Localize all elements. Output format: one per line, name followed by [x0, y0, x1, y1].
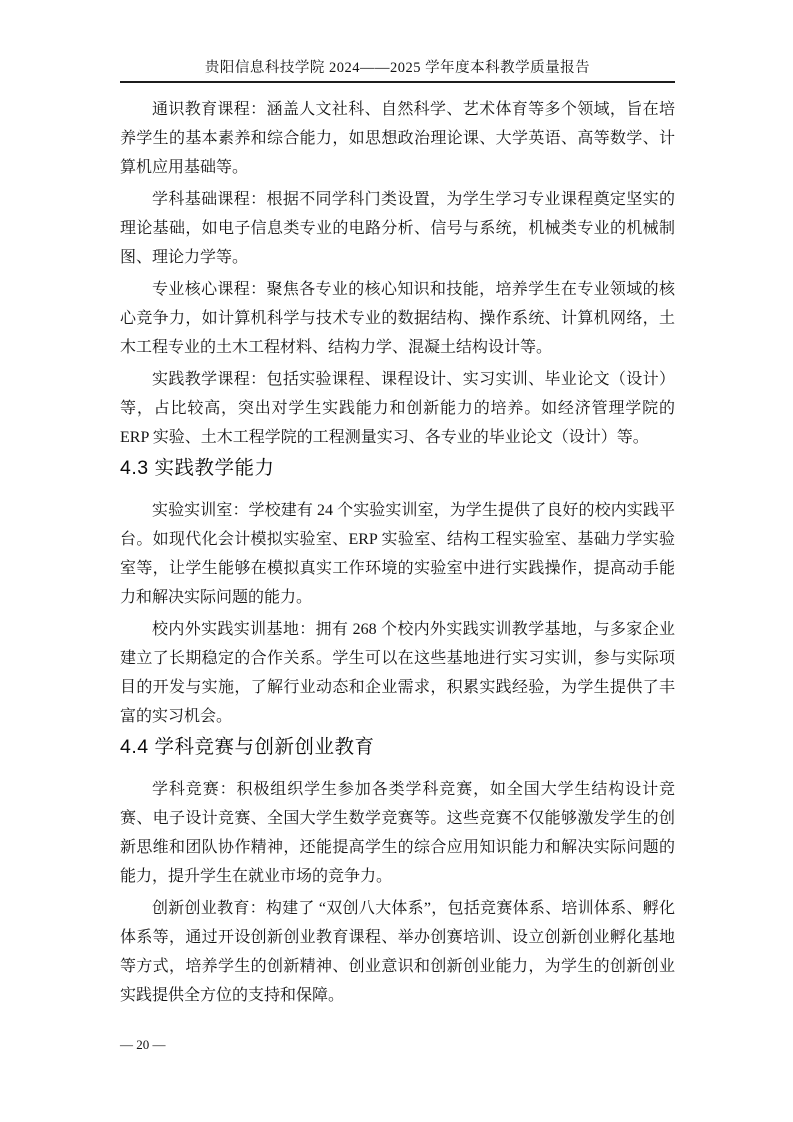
section-heading-4-4: 4.4 学科竞赛与创新创业教育 [120, 734, 675, 760]
paragraph-practice-training-bases: 校内外实践实训基地：拥有 268 个校内外实践实训教学基地，与多家企业建立了长期… [120, 615, 675, 731]
page-header-title: 贵阳信息科技学院 2024——2025 学年度本科教学质量报告 [120, 58, 675, 78]
paragraph-practical-teaching-courses: 实践教学课程：包括实验课程、课程设计、实习实训、毕业论文（设计）等，占比较高，突… [120, 365, 675, 452]
document-body: 通识教育课程：涵盖人文社科、自然科学、艺术体育等多个领域，旨在培养学生的基本素养… [120, 83, 675, 1010]
document-page: 贵阳信息科技学院 2024——2025 学年度本科教学质量报告 通识教育课程：涵… [0, 0, 793, 1122]
section-heading-4-3: 4.3 实践教学能力 [120, 455, 675, 481]
paragraph-general-education-courses: 通识教育课程：涵盖人文社科、自然科学、艺术体育等多个领域，旨在培养学生的基本素养… [120, 95, 675, 182]
paragraph-discipline-competitions: 学科竞赛：积极组织学生参加各类学科竞赛，如全国大学生结构设计竞赛、电子设计竞赛、… [120, 775, 675, 891]
paragraph-discipline-foundation-courses: 学科基础课程：根据不同学科门类设置，为学生学习专业课程奠定坚实的理论基础，如电子… [120, 185, 675, 272]
paragraph-lab-training-rooms: 实验实训室：学校建有 24 个实验实训室，为学生提供了良好的校内实践平台。如现代… [120, 496, 675, 612]
page-header: 贵阳信息科技学院 2024——2025 学年度本科教学质量报告 [120, 0, 675, 78]
page-number: — 20 — [120, 1037, 166, 1053]
paragraph-innovation-entrepreneurship-education: 创新创业教育：构建了 “双创八大体系”，包括竞赛体系、培训体系、孵化体系等，通过… [120, 894, 675, 1010]
paragraph-major-core-courses: 专业核心课程：聚焦各专业的核心知识和技能，培养学生在专业领域的核心竞争力，如计算… [120, 275, 675, 362]
